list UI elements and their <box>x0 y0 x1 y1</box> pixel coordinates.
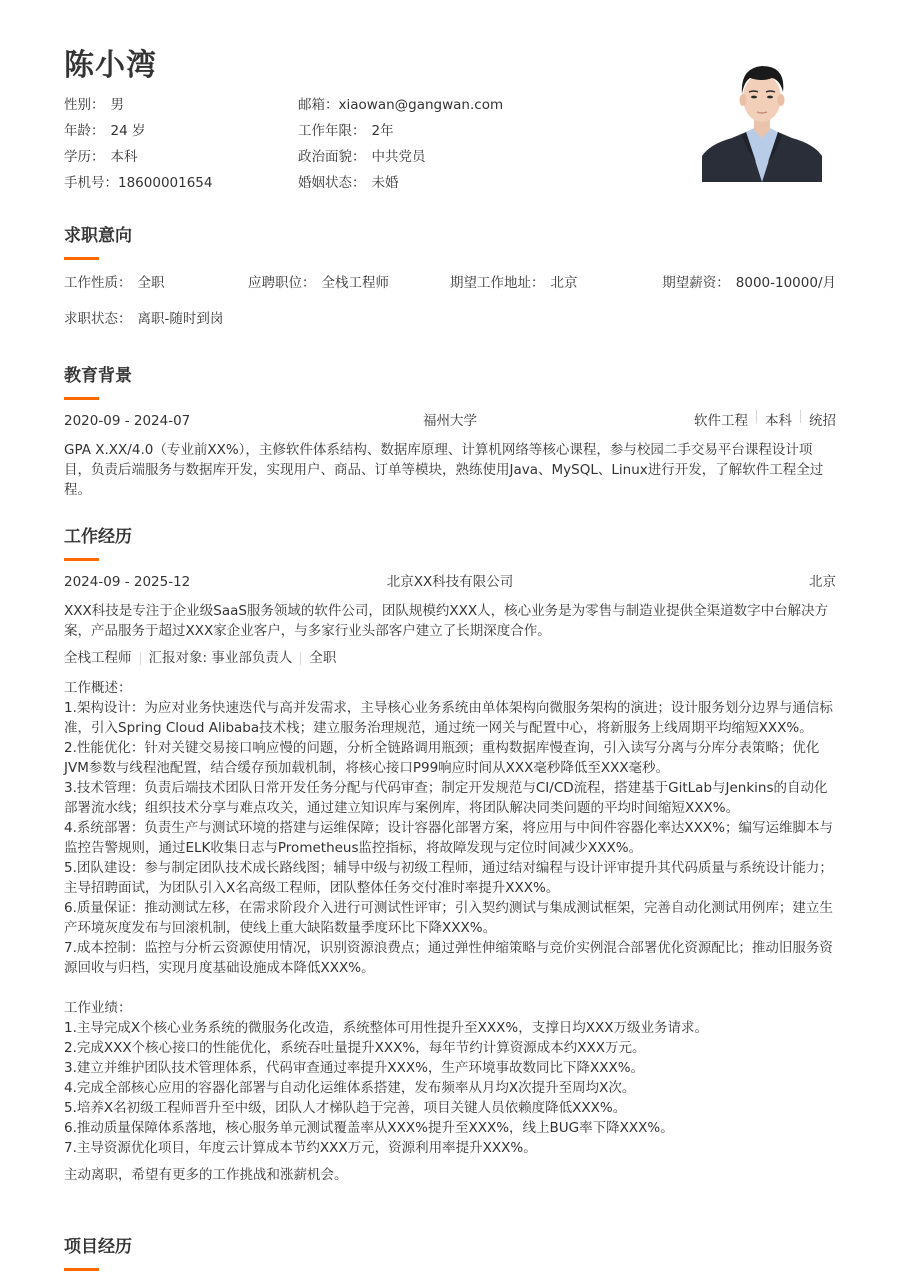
education-description: GPA X.XX/4.0（专业前XX%），主修软件体系结构、数据库原理、计算机网… <box>64 440 836 500</box>
intent-location: 期望工作地址：北京 <box>450 272 660 294</box>
education-period: 2020-09 - 2024-07 <box>64 410 264 432</box>
tag-divider <box>140 652 141 665</box>
info-work-years: 工作年限：2年 <box>298 119 584 145</box>
intent-work-type: 工作性质：全职 <box>64 272 248 294</box>
achievement-item: 7.主导资源优化项目，年度云计算成本节约XXX万元，资源利用率提升XXX%。 <box>64 1138 836 1158</box>
achievement-item: 5.培养X名初级工程师晋升至中级，团队人才梯队趋于完善，项目关键人员依赖度降低X… <box>64 1098 836 1118</box>
work-tag-type: 全职 <box>309 650 336 666</box>
overview-item: 2.性能优化：针对关键交易接口响应慢的问题，分析全链路调用瓶颈；重构数据库慢查询… <box>64 738 836 778</box>
intent-status: 求职状态：离职-随时到岗 <box>64 308 223 330</box>
job-intent-row: 工作性质：全职 应聘职位：全栈工程师 期望工作地址：北京 期望薪资：8000-1… <box>64 272 836 294</box>
education-header-row: 2020-09 - 2024-07 福州大学 软件工程 本科 统招 <box>64 410 836 432</box>
work-header-row: 2024-09 - 2025-12 北京XX科技有限公司 北京 <box>64 571 836 593</box>
intent-salary: 期望薪资：8000-10000/月 <box>660 272 836 294</box>
intent-position: 应聘职位：全栈工程师 <box>248 272 450 294</box>
section-education: 教育背景 2020-09 - 2024-07 福州大学 软件工程 本科 统招 G… <box>64 364 836 500</box>
tag-divider <box>800 410 801 423</box>
info-political-status: 政治面貌：中共党员 <box>298 145 584 171</box>
achievement-item: 3.建立并维护团队技术管理体系，代码审查通过率提升XXX%，生产环境事故数同比下… <box>64 1058 836 1078</box>
leave-reason: 主动离职，希望有更多的工作挑战和涨薪机会。 <box>64 1165 836 1185</box>
section-job-intent: 求职意向 工作性质：全职 应聘职位：全栈工程师 期望工作地址：北京 期望薪资：8… <box>64 224 836 330</box>
work-company: 北京XX科技有限公司 <box>264 571 636 593</box>
info-phone: 手机号：18600001654 <box>64 171 298 197</box>
education-tag-enrollment: 统招 <box>809 410 836 432</box>
tag-divider <box>756 410 757 423</box>
overview-item: 3.技术管理：负责后端技术团队日常开发任务分配与代码审查；制定开发规范与CI/C… <box>64 778 836 818</box>
info-education: 学历：本科 <box>64 145 298 171</box>
work-achievements: 工作业绩： 1.主导完成X个核心业务系统的微服务化改造，系统整体可用性提升至XX… <box>64 998 836 1158</box>
work-tag-role: 全栈工程师 <box>64 650 132 666</box>
work-tags: 全栈工程师汇报对象: 事业部负责人全职 <box>64 647 836 669</box>
info-marital-status: 婚姻状态：未婚 <box>298 171 584 197</box>
education-tag-major: 软件工程 <box>694 410 748 432</box>
education-tag-degree: 本科 <box>765 410 792 432</box>
tag-divider <box>300 652 301 665</box>
overview-item: 7.成本控制：监控与分析云资源使用情况，识别资源浪费点；通过弹性伸缩策略与竞价实… <box>64 938 836 978</box>
work-tag-report-to: 汇报对象: 事业部负责人 <box>149 650 293 666</box>
section-title-education: 教育背景 <box>64 364 836 388</box>
achievement-item: 1.主导完成X个核心业务系统的微服务化改造，系统整体可用性提升至XXX%，支撑日… <box>64 1018 836 1038</box>
info-gender: 性别：男 <box>64 93 298 119</box>
overview-item: 1.架构设计：为应对业务快速迭代与高并发需求，主导核心业务系统由单体架构向微服务… <box>64 698 836 738</box>
work-overview: 工作概述： 1.架构设计：为应对业务快速迭代与高并发需求，主导核心业务系统由单体… <box>64 678 836 978</box>
company-description: XXX科技是专注于企业级SaaS服务领域的软件公司，团队规模约XXX人，核心业务… <box>64 601 836 641</box>
education-tags: 软件工程 本科 统招 <box>636 410 836 432</box>
section-title-work: 工作经历 <box>64 525 836 549</box>
work-achievements-title: 工作业绩： <box>64 998 836 1018</box>
work-overview-title: 工作概述： <box>64 678 836 698</box>
section-work-experience: 工作经历 2024-09 - 2025-12 北京XX科技有限公司 北京 XXX… <box>64 525 836 1185</box>
overview-item: 5.团队建设：参与制定团队技术成长路线图；辅导中级与初级工程师，通过结对编程与设… <box>64 858 836 898</box>
work-location: 北京 <box>636 571 836 593</box>
section-accent-bar <box>64 397 99 400</box>
achievement-item: 4.完成全部核心应用的容器化部署与自动化运维体系搭建，发布频率从月均X次提升至周… <box>64 1078 836 1098</box>
section-accent-bar <box>64 257 99 260</box>
section-title-projects: 项目经历 <box>64 1235 836 1259</box>
achievement-item: 2.完成XXX个核心接口的性能优化，系统吞吐量提升XXX%，每年节约计算资源成本… <box>64 1038 836 1058</box>
education-school: 福州大学 <box>264 410 636 432</box>
info-email: 邮箱：xiaowan@gangwan.com <box>298 93 584 119</box>
overview-item: 4.系统部署：负责生产与测试环境的搭建与运维保障；设计容器化部署方案，将应用与中… <box>64 818 836 858</box>
section-accent-bar <box>64 1268 99 1271</box>
info-age: 年龄：24 岁 <box>64 119 298 145</box>
achievement-item: 6.推动质量保障体系落地，核心服务单元测试覆盖率从XXX%提升至XXX%，线上B… <box>64 1118 836 1138</box>
section-title-job-intent: 求职意向 <box>64 224 836 248</box>
avatar-photo <box>702 52 822 182</box>
candidate-name: 陈小湾 <box>64 40 157 84</box>
person-photo-icon <box>702 52 822 182</box>
section-projects: 项目经历 <box>64 1235 836 1271</box>
basic-info-grid: 性别：男 邮箱：xiaowan@gangwan.com 年龄：24 岁 工作年限… <box>64 93 584 197</box>
overview-item: 6.质量保证：推动测试左移，在需求阶段介入进行可测试性评审；引入契约测试与集成测… <box>64 898 836 938</box>
section-accent-bar <box>64 558 99 561</box>
work-period: 2024-09 - 2025-12 <box>64 571 264 593</box>
job-status-row: 求职状态：离职-随时到岗 <box>64 308 836 330</box>
